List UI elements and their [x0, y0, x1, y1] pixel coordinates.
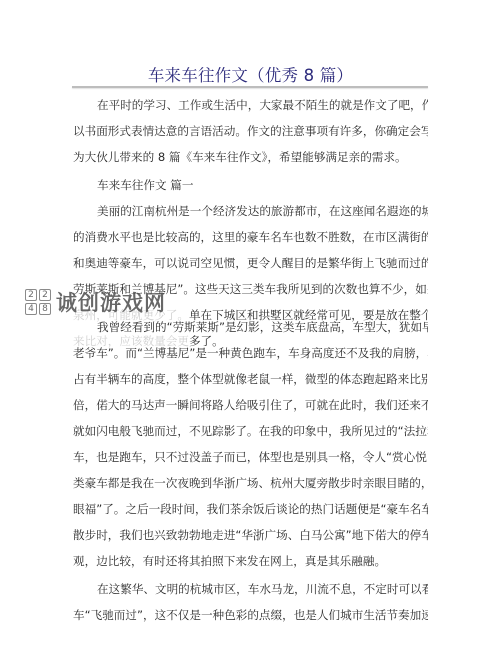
logo-digit: 8: [39, 303, 51, 315]
paragraph-line: 倍，偌大的马达声一瞬间将路人给吸引住了，可就在此时，我们还来不及关注，它: [73, 398, 428, 412]
paragraph-line: 车“飞驰而过”，这不仅是一种色彩的点缀，也是人们城市生活节奏加速的真实写: [73, 608, 428, 622]
paragraph-line: 观，边比较，有时还将其拍照下来发在网上，真是其乐融融。: [73, 554, 428, 568]
paragraph-line: 的消费水平也是比较高的，这里的豪车名车也数不胜数，在市区满街的宝马、奔驰: [73, 230, 428, 244]
title-divider: [72, 86, 428, 88]
paragraph-line: 我曾经看到的“劳斯莱斯”是幻影，这类车底盘高，车型大，犹如早期的“: [97, 320, 428, 334]
paragraph-line: 老爷车”。而“兰博基尼”是一种黄色跑车，车身高度还不及我的肩膀，单车轮就: [73, 346, 428, 360]
paragraph-line: 类豪车都是我在一次夜晚到华浙广场、杭州大厦旁散步时亲眼目睹的，真是“大饱: [73, 476, 428, 490]
paragraph-line: 就如闪电般飞驰而过，不见踪影了。在我的印象中，我所见过的“法拉利”是敞篷: [73, 424, 428, 438]
intro-line: 在平时的学习、工作或生活中，大家最不陌生的就是作文了吧，作文是人们: [97, 98, 428, 112]
logo-digit: 2: [25, 289, 37, 301]
paragraph-line: 散步时，我们也兴致勃勃地走进“华浙广场、白马公寓”地下偌大的停车场，边参: [73, 528, 428, 542]
paragraph-line: 车，也是跑车，只不过没盖子而已，体型也是别具一格，令人“赏心悦目”。这三: [73, 450, 428, 464]
logo-digit: 2: [39, 289, 51, 301]
paragraph-line: 占有半辆车的高度，整个体型就像老鼠一样，微型的体态跑起路来比别的车快好几: [73, 372, 428, 386]
logo-digit: 4: [25, 303, 37, 315]
document-title: 车来车往作文（优秀 8 篇）: [73, 62, 428, 86]
watermark: 2 2 4 8 诚创游戏网: [25, 282, 166, 322]
intro-line: 以书面形式表情达意的言语活动。作文的注意事项有许多，你确定会写吗？下面是: [73, 124, 428, 138]
intro-line: 为大伙儿带来的 8 篇《车来车往作文》，希望能够满足亲的需求。: [73, 150, 428, 164]
paragraph-line: 和奥迪等豪车，可以说司空见惯，更令人醒目的是繁华街上飞驰而过的“法拉利、: [73, 256, 428, 270]
watermark-text: 诚创游戏网: [56, 287, 166, 317]
paragraph-line: 眼福”了。之后一段时间，我们茶余饭后谈论的热门话题便是“豪车名车”，傍晚: [73, 502, 428, 516]
watermark-logo-icon: 2 2 4 8: [25, 289, 51, 315]
paragraph-line: 美丽的江南杭州是一个经济发达的旅游都市，在这座闻名遐迩的城市，人们: [97, 204, 428, 218]
paragraph-line: 在这繁华、文明的杭城市区，车水马龙，川流不息，不定时可以看见一些豪: [97, 582, 428, 596]
section-heading: 车来车往作文 篇一: [97, 178, 428, 192]
